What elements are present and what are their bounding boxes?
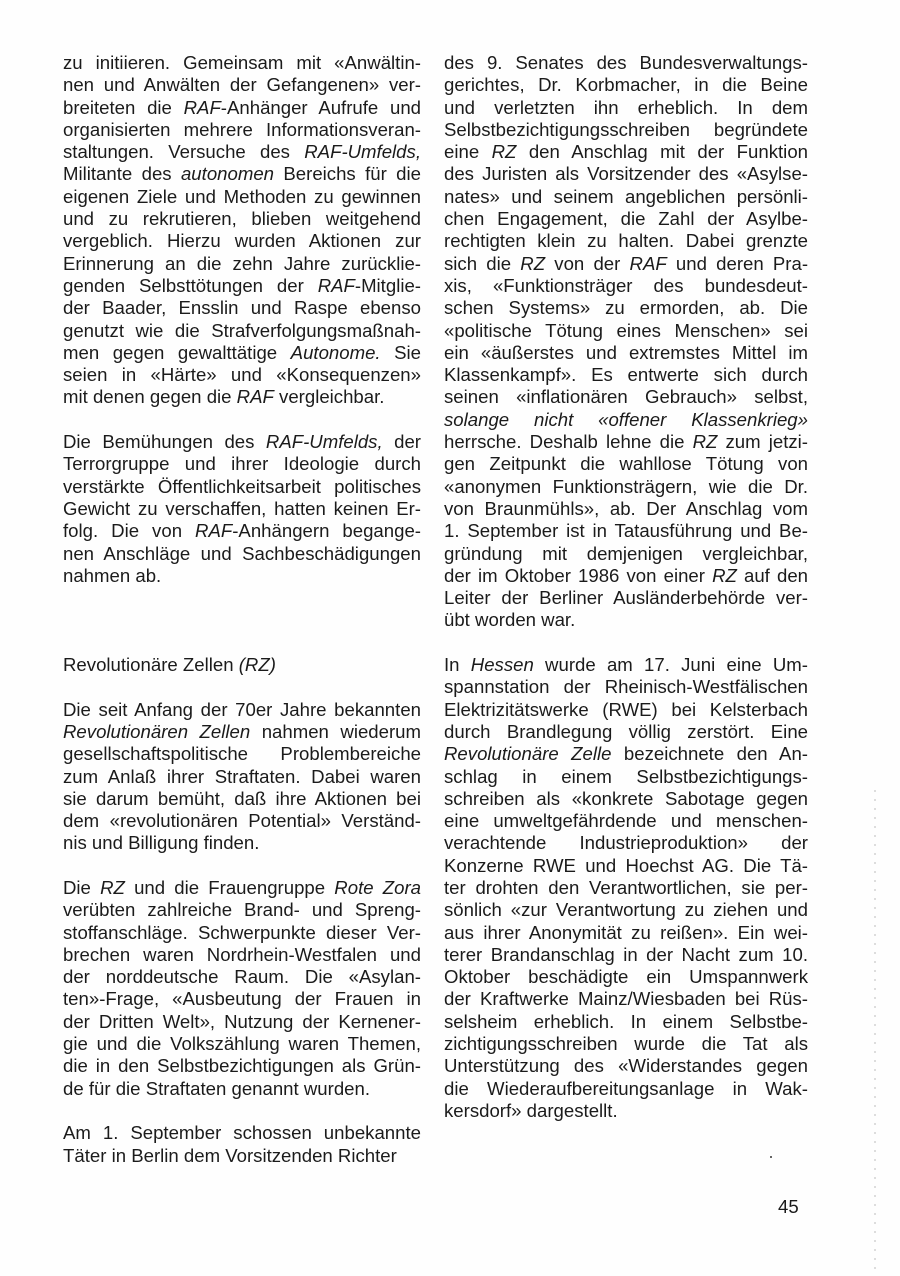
text-line: Selbstbezichtigungsschreiben begründete xyxy=(444,119,808,141)
text-line: die in den Selbstbezichtigungen als Grün… xyxy=(63,1055,421,1077)
italic-term: RZ xyxy=(492,141,517,162)
text-line: verstärkte Öffentlichkeitsarbeit politis… xyxy=(63,476,421,498)
text-line: vergeblich. Hierzu wurden Aktionen zur xyxy=(63,230,421,252)
italic-term: RAF-Umfelds, xyxy=(304,141,421,162)
text-line: Revolutionäre Zellen (RZ) xyxy=(63,654,421,676)
text-line: eine umweltgefährdende und menschen- xyxy=(444,810,808,832)
paragraph-spacer xyxy=(63,855,421,877)
text-line: mit denen gegen die RAF vergleichbar. xyxy=(63,386,421,408)
text-line: schlag in einem Selbstbezichtigungs- xyxy=(444,766,808,788)
text-line: gründung mit demjenigen vergleichbar, xyxy=(444,543,808,565)
scan-edge-marks xyxy=(874,790,876,1276)
text-line: men gegen gewalttätige Autonome. Sie xyxy=(63,342,421,364)
text-line: sich die RZ von der RAF und deren Pra- xyxy=(444,253,808,275)
italic-term: RAF xyxy=(237,386,274,407)
text-line: schen Systems» zu ermorden, ab. Die xyxy=(444,297,808,319)
italic-term: Revolutionäre Zelle xyxy=(444,743,611,764)
text-line: der norddeutsche Raum. Die «Asylan- xyxy=(63,966,421,988)
text-line: Revolutionären Zellen nahmen wiederum xyxy=(63,721,421,743)
text-line: sönlich «zur Verantwortung zu ziehen und xyxy=(444,899,808,921)
text-line: von Braunmühls», ab. Der Anschlag vom xyxy=(444,498,808,520)
paragraph-spacer xyxy=(63,632,421,654)
text-line: zichtigungsschreiben wurde die Tat als xyxy=(444,1033,808,1055)
page-number: 45 xyxy=(778,1196,799,1218)
text-line: nis und Billigung finden. xyxy=(63,832,421,854)
text-line: Oktober beschädigte ein Umspannwerk xyxy=(444,966,808,988)
text-line: ter drohten den Verantwortlichen, sie pe… xyxy=(444,877,808,899)
text-line: aus ihrer Anonymität zu reißen». Ein wei… xyxy=(444,922,808,944)
text-line: nen und Anwälten der Gefangenen» ver- xyxy=(63,74,421,96)
text-line: verübten zahlreiche Brand- und Spreng- xyxy=(63,899,421,921)
text-line: solange nicht «offener Klassenkrieg» xyxy=(444,409,808,431)
paragraph-spacer xyxy=(444,632,808,654)
italic-term: (RZ) xyxy=(239,654,276,675)
text-line: gie und die Volkszählung waren Themen, xyxy=(63,1033,421,1055)
text-line: eine RZ den Anschlag mit der Funktion xyxy=(444,141,808,163)
italic-term: Hessen xyxy=(471,654,534,675)
text-line: Terrorgruppe und ihrer Ideologie durch xyxy=(63,453,421,475)
italic-term: Rote Zora xyxy=(334,877,421,898)
text-line: Klassenkampf». Es entwerte sich durch xyxy=(444,364,808,386)
italic-term: RZ xyxy=(693,431,718,452)
text-line: zu initiieren. Gemeinsam mit «Anwältin- xyxy=(63,52,421,74)
text-line: ein «äußerstes und extremstes Mittel im xyxy=(444,342,808,364)
italic-term: RAF xyxy=(630,253,667,274)
text-line: Revolutionäre Zelle bezeichnete den An- xyxy=(444,743,808,765)
paragraph-spacer xyxy=(63,1100,421,1122)
text-line: nahmen ab. xyxy=(63,565,421,587)
italic-term: RZ xyxy=(520,253,545,274)
right-column: des 9. Senates des Bundesverwaltungs-ger… xyxy=(444,52,808,1122)
text-line: folg. Die von RAF-Anhängern begange- xyxy=(63,520,421,542)
text-line: Militante des autonomen Bereichs für die xyxy=(63,163,421,185)
text-line: Erinnerung an die zehn Jahre zurücklie- xyxy=(63,253,421,275)
text-line: zum Anlaß ihrer Straftaten. Dabei waren xyxy=(63,766,421,788)
text-line: Gewicht zu verschaffen, hatten keinen Er… xyxy=(63,498,421,520)
text-line: rechtigten klein zu halten. Dabei grenzt… xyxy=(444,230,808,252)
text-line: durch Brandlegung völlig zerstört. Eine xyxy=(444,721,808,743)
text-line: kersdorf» dargestellt. xyxy=(444,1100,808,1122)
paragraph-spacer xyxy=(63,587,421,632)
text-line: nen Anschläge und Sachbeschädigungen xyxy=(63,543,421,565)
text-line: «anonymen Funktionsträgern, wie die Dr. xyxy=(444,476,808,498)
text-line: In Hessen wurde am 17. Juni eine Um- xyxy=(444,654,808,676)
text-line: gen Zeitpunkt die wahllose Tötung von xyxy=(444,453,808,475)
text-line: terer Brandanschlag in der Nacht zum 10. xyxy=(444,944,808,966)
italic-term: RAF xyxy=(184,97,221,118)
text-line: des Juristen als Vorsitzender des «Asyls… xyxy=(444,163,808,185)
text-line: herrsche. Deshalb lehne die RZ zum jetzi… xyxy=(444,431,808,453)
text-line: seinen «inflationären Gebrauch» selbst, xyxy=(444,386,808,408)
italic-term: autonomen xyxy=(181,163,274,184)
text-line: de für die Straftaten genannt wurden. xyxy=(63,1078,421,1100)
text-line: Konzerne RWE und Hoechst AG. Die Tä- xyxy=(444,855,808,877)
text-line: breiteten die RAF-Anhänger Aufrufe und xyxy=(63,97,421,119)
text-line: der Baader, Ensslin und Raspe ebenso xyxy=(63,297,421,319)
text-line: verachtende Industrieproduktion» der xyxy=(444,832,808,854)
text-line: Am 1. September schossen unbekannte xyxy=(63,1122,421,1144)
text-line: organisierten mehrere Informationsveran- xyxy=(63,119,421,141)
text-line: staltungen. Versuche des RAF-Umfelds, xyxy=(63,141,421,163)
text-line: seien in «Härte» und «Konsequenzen» xyxy=(63,364,421,386)
text-line: spannstation der Rheinisch-Westfälischen xyxy=(444,676,808,698)
text-line: gerichtes, Dr. Korbmacher, in die Beine xyxy=(444,74,808,96)
text-line: und zu rekrutieren, blieben weitgehend xyxy=(63,208,421,230)
paragraph-spacer xyxy=(63,676,421,698)
text-line: schreiben als «konkrete Sabotage gegen xyxy=(444,788,808,810)
text-line: brechen waren Nordrhein-Westfalen und xyxy=(63,944,421,966)
left-column: zu initiieren. Gemeinsam mit «Anwältin-n… xyxy=(63,52,421,1167)
text-line: Leiter der Berliner Ausländerbehörde ver… xyxy=(444,587,808,609)
text-line: dem «revolutionären Potential» Verständ- xyxy=(63,810,421,832)
italic-term: solange nicht «offener Klassenkrieg» xyxy=(444,409,808,430)
text-line: übt worden war. xyxy=(444,609,808,631)
text-line: Die RZ und die Frauengruppe Rote Zora xyxy=(63,877,421,899)
text-line: nates» und seinem angeblichen persönli- xyxy=(444,186,808,208)
text-line: selsheim erheblich. In einem Selbstbe- xyxy=(444,1011,808,1033)
italic-term: RZ xyxy=(712,565,737,586)
text-line: 1. September ist in Tatausführung und Be… xyxy=(444,520,808,542)
text-line: genutzt wie die Strafverfolgungsmaßnah- xyxy=(63,320,421,342)
text-line: sie darum bemüht, daß ihre Aktionen bei xyxy=(63,788,421,810)
text-line: ten»-Frage, «Ausbeutung der Frauen in xyxy=(63,988,421,1010)
text-line: xis, «Funktionsträger des bundesdeut- xyxy=(444,275,808,297)
text-line: chen Engagement, die Zahl der Asylbe- xyxy=(444,208,808,230)
text-line: die Wiederaufbereitungsanlage in Wak- xyxy=(444,1078,808,1100)
text-line: genden Selbsttötungen der RAF-Mitglie- xyxy=(63,275,421,297)
italic-term: Revolutionären Zellen xyxy=(63,721,250,742)
italic-term: Autonome. xyxy=(291,342,381,363)
text-line: gesellschaftspolitische Problembereiche xyxy=(63,743,421,765)
italic-term: RAF-Umfelds, xyxy=(266,431,383,452)
text-line: Unterstützung des «Widerstandes gegen xyxy=(444,1055,808,1077)
text-line: und verletzten ihn erheblich. In dem xyxy=(444,97,808,119)
text-line: Täter in Berlin dem Vorsitzenden Richter xyxy=(63,1145,421,1167)
text-line: der Dritten Welt», Nutzung der Kernener- xyxy=(63,1011,421,1033)
italic-term: RZ xyxy=(100,877,125,898)
italic-term: RAF xyxy=(195,520,232,541)
scan-speck xyxy=(770,1156,772,1158)
document-page: zu initiieren. Gemeinsam mit «Anwältin-n… xyxy=(0,0,900,1276)
text-line: Die seit Anfang der 70er Jahre bekannten xyxy=(63,699,421,721)
text-line: des 9. Senates des Bundesverwaltungs- xyxy=(444,52,808,74)
text-line: Elektrizitätswerke (RWE) bei Kelsterbach xyxy=(444,699,808,721)
text-line: «politische Tötung eines Menschen» sei xyxy=(444,320,808,342)
italic-term: RAF xyxy=(318,275,355,296)
text-line: der im Oktober 1986 von einer RZ auf den xyxy=(444,565,808,587)
text-line: Die Bemühungen des RAF-Umfelds, der xyxy=(63,431,421,453)
text-line: eigenen Ziele und Methoden zu gewinnen xyxy=(63,186,421,208)
text-line: der Kraftwerke Mainz/Wiesbaden bei Rüs- xyxy=(444,988,808,1010)
text-line: stoffanschläge. Schwerpunkte dieser Ver- xyxy=(63,922,421,944)
paragraph-spacer xyxy=(63,409,421,431)
